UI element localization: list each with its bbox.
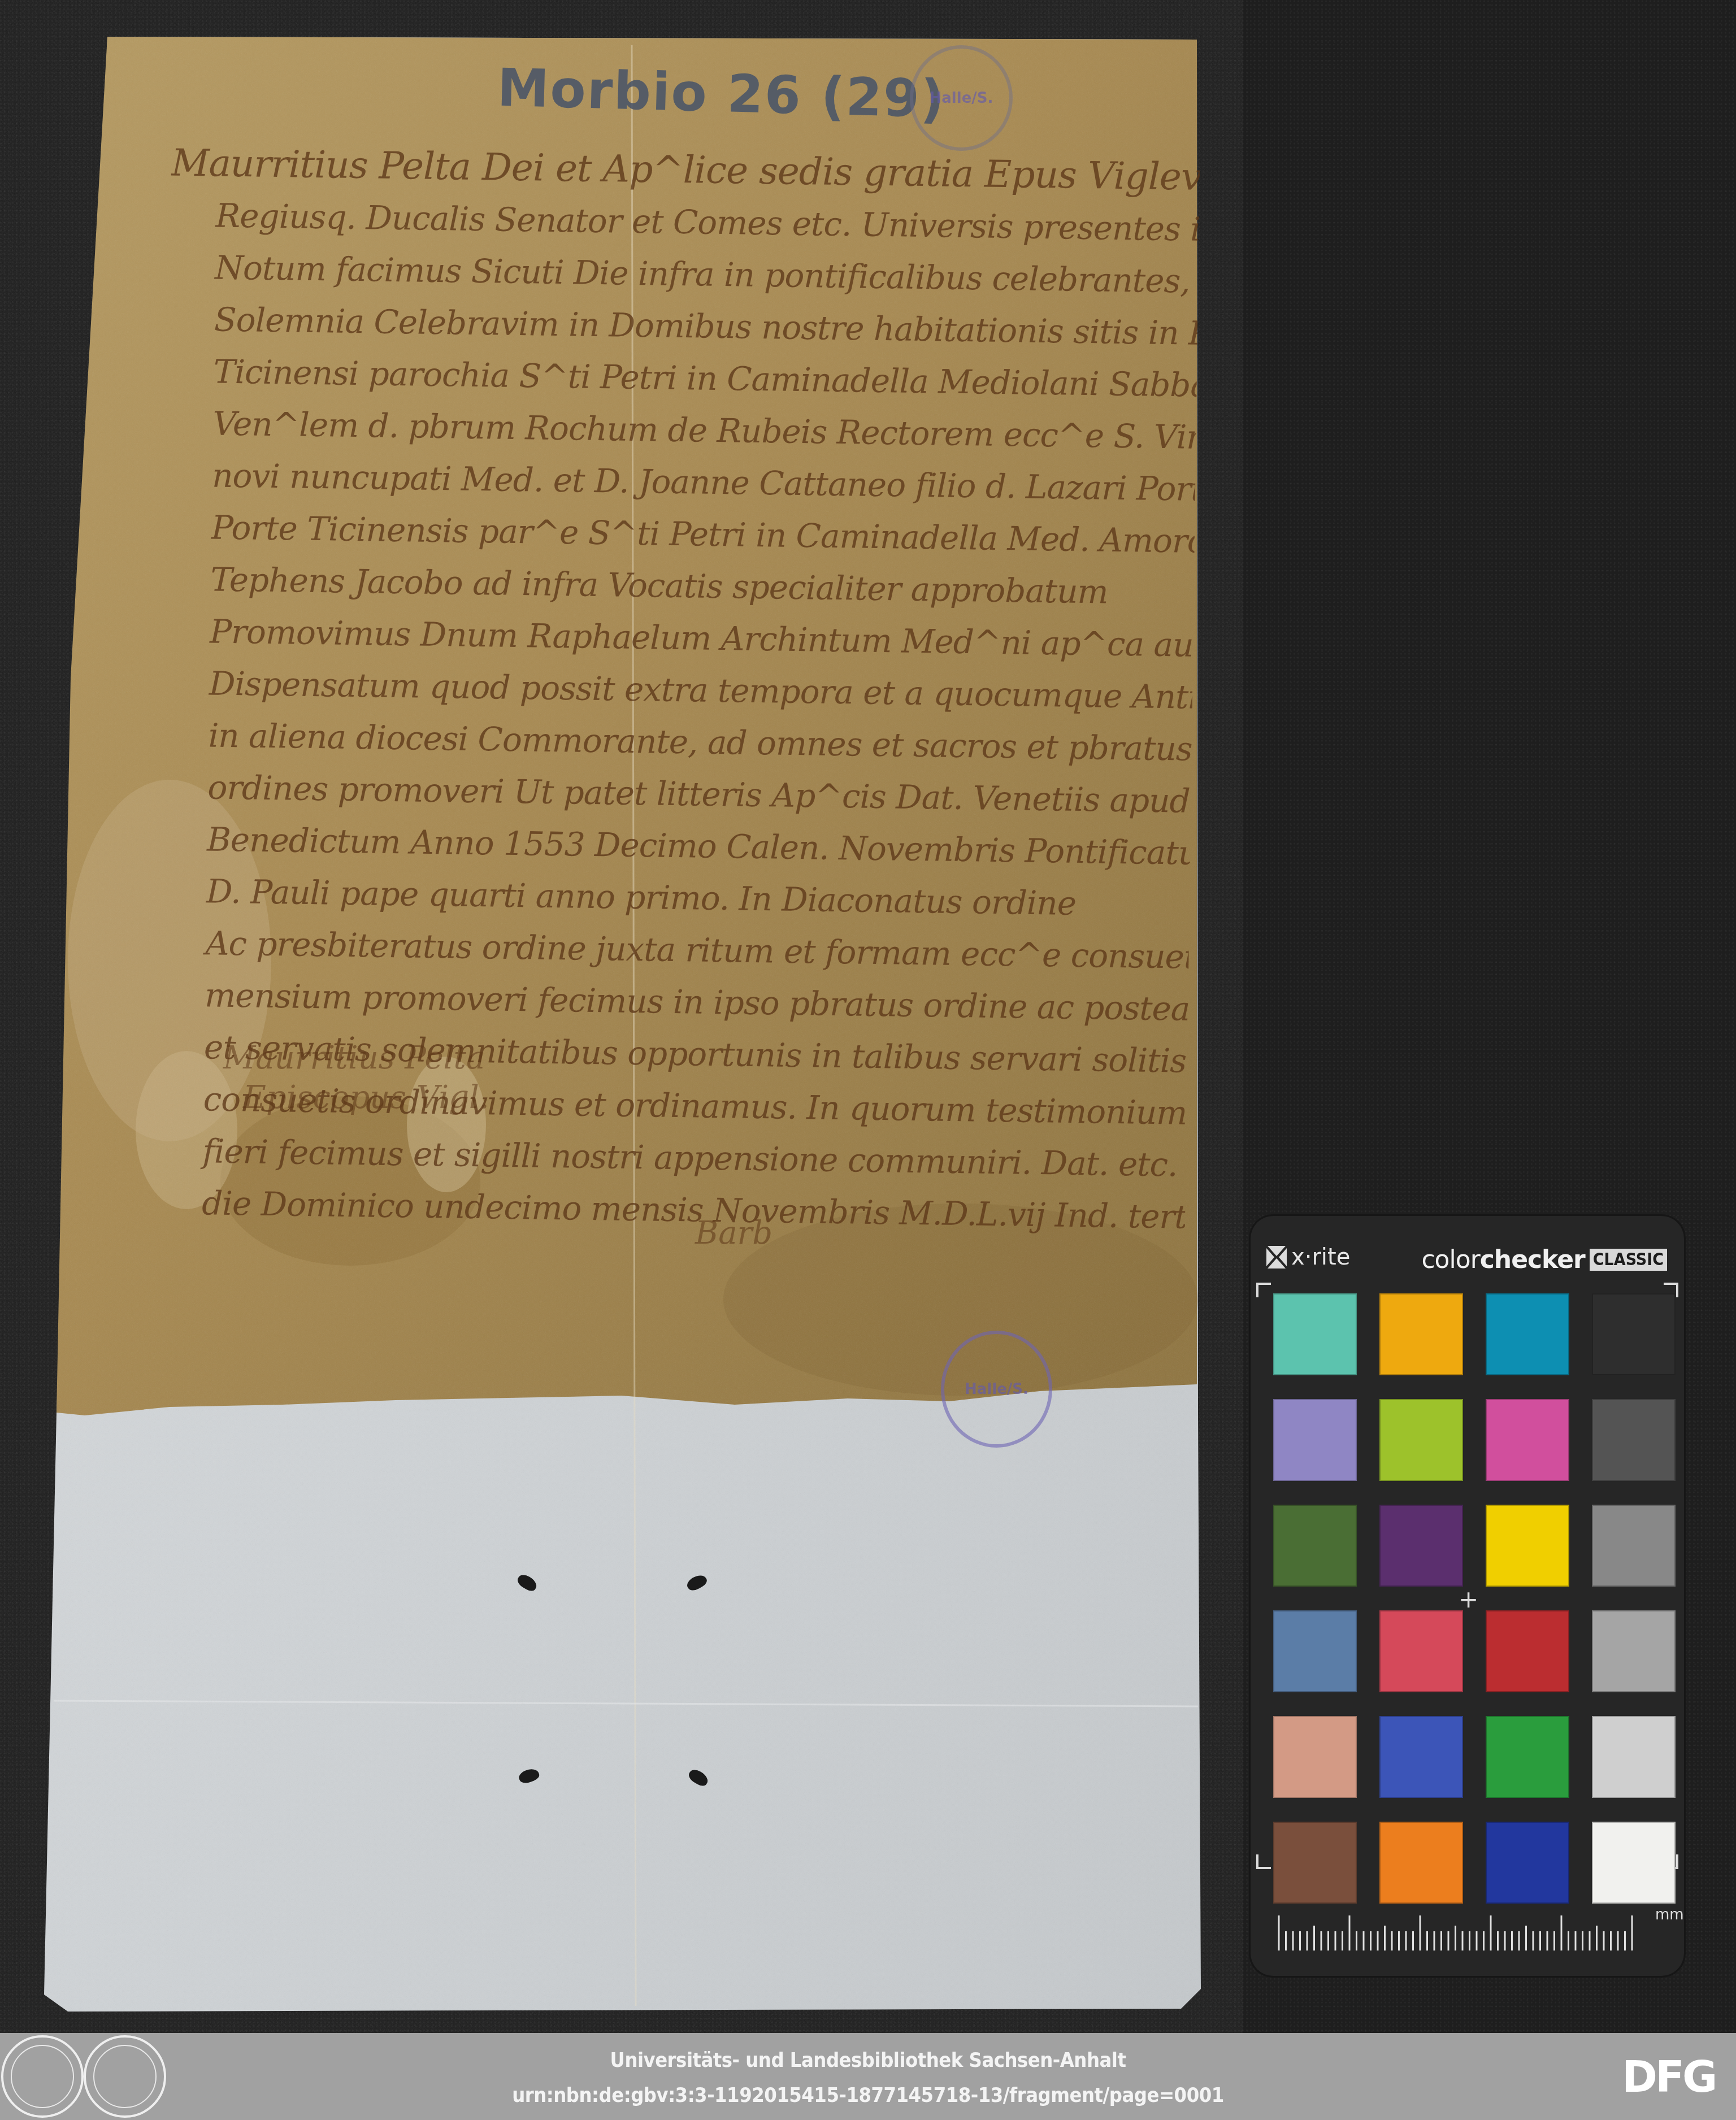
color-swatch	[1379, 1822, 1463, 1904]
color-swatch	[1379, 1505, 1463, 1587]
library-stamp-bottom: Halle/S.	[941, 1331, 1052, 1448]
color-swatch	[1379, 1399, 1463, 1481]
color-swatch	[1486, 1293, 1569, 1375]
urn-identifier: urn:nbn:de:gbv:3:3-1192015415-1877145718…	[0, 2084, 1736, 2107]
brand-name: x·rite	[1291, 1244, 1350, 1270]
color-swatch	[1592, 1610, 1676, 1692]
mm-ruler	[1273, 1905, 1657, 1956]
ruler-unit: mm	[1655, 1906, 1684, 1923]
crosshair-mark: +	[1459, 1588, 1478, 1611]
manuscript-text: Maurritius Pelta Dei et Ap^lice sedis gr…	[157, 137, 1200, 1243]
colorchecker-card: x·rite color checker CLASSIC + mm	[1251, 1216, 1684, 1976]
color-swatch	[1273, 1716, 1357, 1798]
color-swatch	[1592, 1293, 1676, 1375]
color-swatch	[1379, 1610, 1463, 1692]
color-swatch	[1592, 1822, 1676, 1904]
title-light: color	[1421, 1245, 1479, 1274]
color-swatch	[1486, 1505, 1569, 1587]
color-swatch	[1592, 1505, 1676, 1587]
stamp-text: Halle/S.	[930, 90, 993, 107]
color-swatch	[1379, 1716, 1463, 1798]
color-swatch	[1486, 1716, 1569, 1798]
color-swatch	[1592, 1399, 1676, 1481]
dfg-logo: DFG	[1622, 2059, 1715, 2095]
signature: Episcopus Vigl.	[243, 1079, 489, 1116]
color-swatch	[1273, 1822, 1357, 1904]
corner-mark	[1256, 1854, 1271, 1869]
color-swatch	[1486, 1822, 1569, 1904]
color-swatch	[1273, 1293, 1357, 1375]
color-swatch	[1273, 1610, 1357, 1692]
manuscript-document: Morbio 26 (29) Halle/S. Maurritius Pelta…	[0, 0, 1243, 2034]
signature: Maurritius Pelta	[223, 1040, 485, 1076]
color-swatch	[1486, 1399, 1569, 1481]
title-bold: checker	[1480, 1245, 1585, 1274]
classic-badge: CLASSIC	[1590, 1249, 1667, 1271]
stamp-text: Halle/S.	[965, 1381, 1028, 1398]
xrite-logo: x·rite	[1266, 1244, 1350, 1270]
color-swatch	[1379, 1293, 1463, 1375]
footer-bar: Universitäts- und Landesbibliothek Sachs…	[0, 2033, 1736, 2120]
signature: Barb	[695, 1215, 772, 1252]
color-swatch	[1273, 1399, 1357, 1481]
color-swatch	[1592, 1716, 1676, 1798]
corner-mark	[1256, 1283, 1271, 1297]
color-swatch	[1273, 1505, 1357, 1587]
xrite-x-icon	[1266, 1245, 1287, 1270]
institution-name: Universitäts- und Landesbibliothek Sachs…	[0, 2049, 1736, 2072]
shelfmark-annotation: Morbio 26 (29)	[497, 58, 946, 130]
library-stamp-top: Halle/S.	[910, 45, 1013, 151]
color-swatch	[1486, 1610, 1569, 1692]
colorchecker-title: color checker CLASSIC	[1421, 1245, 1667, 1274]
